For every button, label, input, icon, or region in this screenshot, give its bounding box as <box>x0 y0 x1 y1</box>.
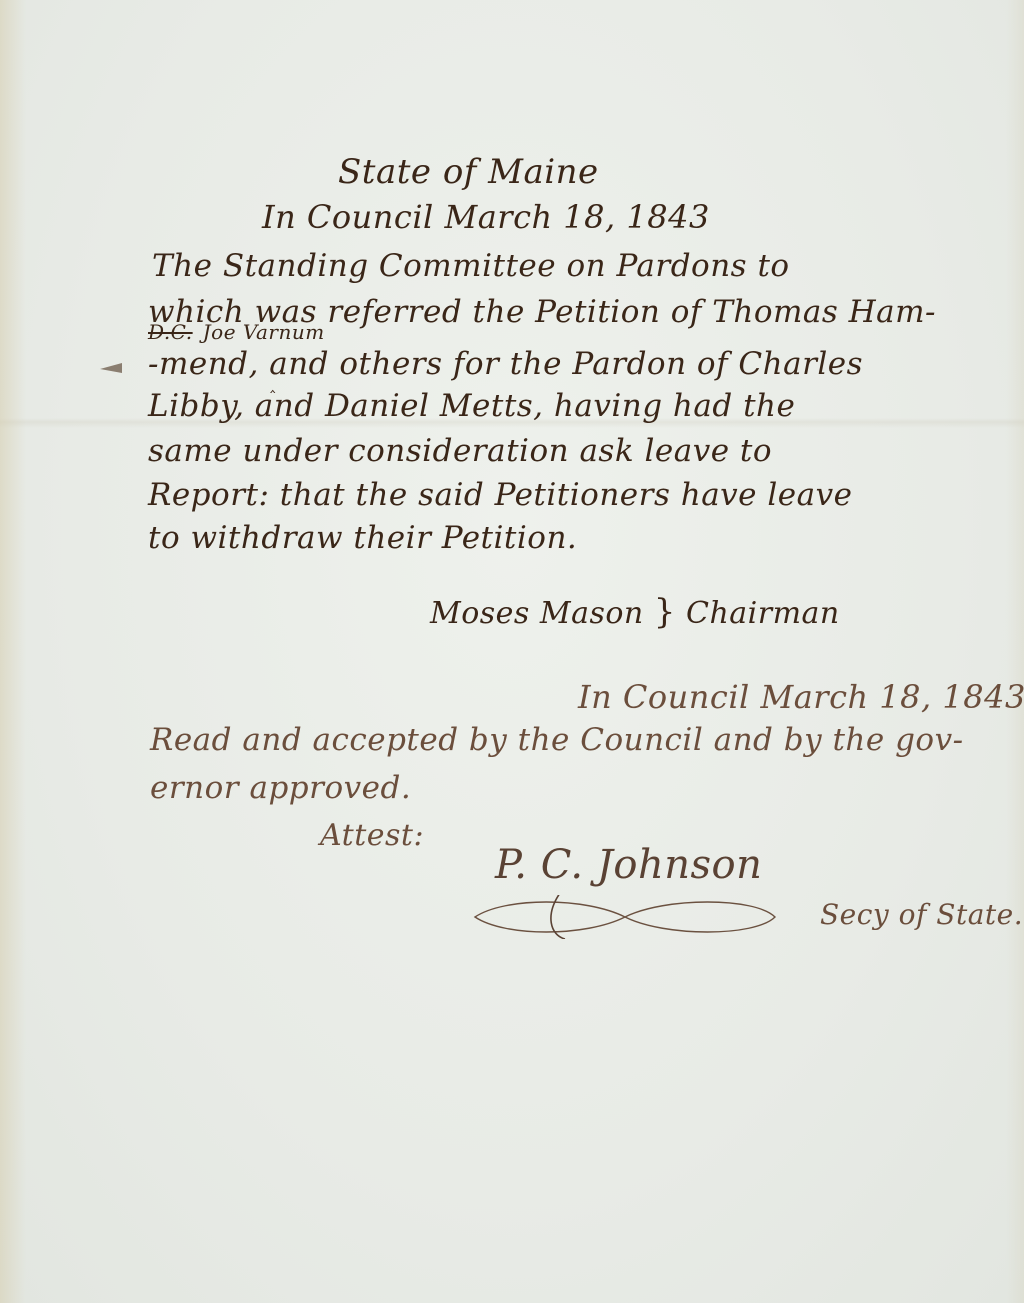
struck-text: D.C. <box>148 320 193 344</box>
margin-insertion-mark-icon <box>100 363 122 373</box>
endorsement-line-2: ernor approved. <box>150 770 411 806</box>
document-heading: State of Maine <box>338 152 599 192</box>
council-dateline: In Council March 18, 1843 <box>262 198 710 236</box>
brace-icon: } <box>654 592 676 632</box>
chairman-role: Chairman <box>686 596 840 631</box>
endorsement-dateline: In Council March 18, 1843 <box>578 678 1024 716</box>
attest-label: Attest: <box>320 818 424 853</box>
chairman-name: Moses Mason <box>430 596 644 631</box>
body-line-4: Libby, and Daniel Metts, having had the <box>148 388 795 424</box>
committee-signature: Moses Mason } Chairman <box>430 592 840 632</box>
endorsement-line-1: Read and accepted by the Council and by … <box>150 722 964 758</box>
body-line-1: The Standing Committee on Pardons to <box>152 248 790 284</box>
body-line-3: -mend, and others for the Pardon of Char… <box>148 346 863 382</box>
body-line-6: Report: that the said Petitioners have l… <box>148 477 852 513</box>
interlinear-insert: D.C.Joe Varnum <box>148 320 325 344</box>
body-line-7: to withdraw their Petition. <box>148 520 577 556</box>
signature-flourish-icon <box>465 895 785 939</box>
secretary-title: Secy of State. <box>820 898 1023 931</box>
document-page: State of Maine In Council March 18, 1843… <box>0 0 1024 1303</box>
secretary-signature: P. C. Johnson <box>495 842 762 888</box>
insert-text: Joe Varnum <box>203 320 325 344</box>
body-line-5: same under consideration ask leave to <box>148 433 772 469</box>
